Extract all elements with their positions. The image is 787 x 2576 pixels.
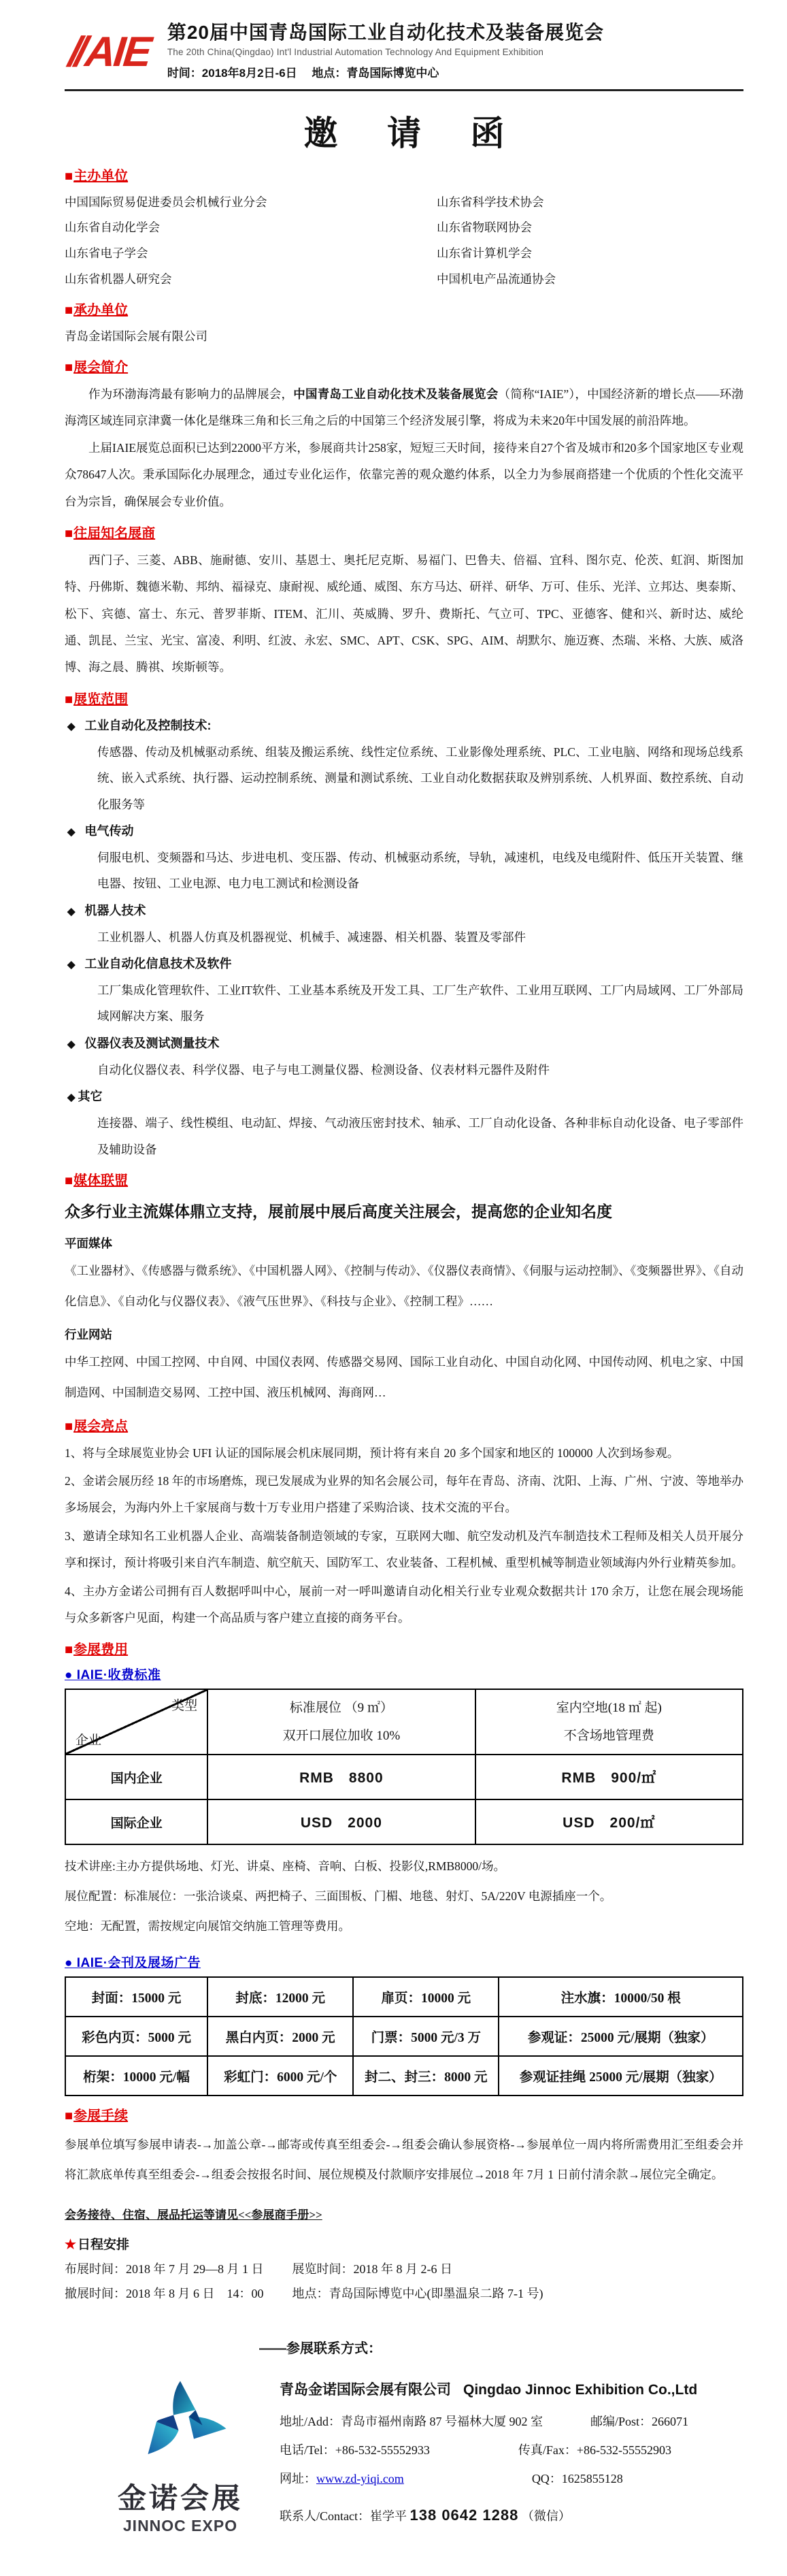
organizer-item: 山东省科学技术协会 — [437, 190, 743, 216]
scope-item: ◆工业自动化信息技术及软件 工厂集成化管理软件、工业IT软件、工业基本系统及开发… — [65, 951, 743, 1030]
organizer-item: 山东省机器人研究会 — [65, 267, 404, 293]
ad-cell: 黑白内页：2000 元 — [207, 2017, 353, 2056]
organizer-item: 山东省电子学会 — [65, 241, 404, 267]
aie-logo-text: AIE — [83, 29, 152, 76]
fee-col-standard-booth: 标准展位 （9 ㎡） 双开口展位加收 10% — [207, 1689, 475, 1755]
scope-item-desc: 自动化仪器仪表、科学仪器、电子与电工测量仪器、检测设备、仪表材料元器件及附件 — [97, 1057, 743, 1083]
section-heading-procedure: ■参展手续 — [65, 2104, 743, 2124]
ad-cell: 注水旗：10000/50 根 — [499, 1977, 743, 2017]
jinnoc-pinwheel-icon — [129, 2376, 231, 2471]
exhibitor-manual-note: 会务接待、住宿、展品托运等请见<<参展商手册>> — [65, 2205, 743, 2222]
contact-wechat-note: （微信） — [522, 2509, 571, 2523]
fee-table-corner-cell: 类型 企业 — [65, 1689, 207, 1755]
organizer-item: 山东省自动化学会 — [65, 215, 404, 241]
company-name-en: Qingdao Jinnoc Exhibition Co.,Ltd — [463, 2382, 697, 2398]
organizer-item: 山东省物联网协会 — [437, 215, 743, 241]
organizer-item: 中国机电产品流通协会 — [437, 267, 743, 293]
section-label: 参展费用 — [73, 1642, 128, 1657]
jinnoc-logo-cn: 金诺会展 — [105, 2476, 255, 2517]
media-headline: 众多行业主流媒体鼎立支持，展前展中展后高度关注展会，提高您的企业知名度 — [65, 1199, 743, 1225]
exhibition-date-venue: 时间：2018年8月2日-6日 地点：青岛国际博览中心 — [167, 63, 743, 80]
company-name-cn: 青岛金诺国际会展有限公司 — [280, 2382, 451, 2398]
section-marker-icon: ■ — [65, 303, 73, 318]
organizer-item: 山东省计算机学会 — [437, 241, 743, 267]
ad-cell: 封面：15000 元 — [65, 1977, 207, 2017]
fee-intl-standard-price: USD 2000 — [207, 1799, 475, 1844]
scope-item-title-row: ◆工业自动化信息技术及软件 — [65, 951, 743, 977]
qq-value: QQ：1625855128 — [532, 2472, 623, 2485]
intro-p1-pre: 作为环渤海湾最有影响力的品牌展会， — [88, 387, 293, 401]
corner-label-company: 企业 — [76, 1730, 101, 1748]
media-print-label: 平面媒体 — [65, 1235, 743, 1252]
fee-col-standard-line2: 双开口展位加收 10% — [208, 1722, 474, 1750]
header-text-block: 第20届中国青岛国际工业自动化技术及装备展览会 The 20th China(Q… — [167, 18, 743, 80]
intro-p1-bold: 中国青岛工业自动化技术及装备展览会 — [293, 387, 498, 401]
teardown-time: 撤展时间：2018 年 8 月 6 日 14：00 — [65, 2287, 264, 2300]
website-link[interactable]: www.zd-yiqi.com — [316, 2472, 404, 2485]
schedule-heading: ★日程安排 — [65, 2234, 743, 2253]
exhibition-time: 展览时间：2018 年 8 月 2-6 日 — [292, 2262, 453, 2276]
scope-item-title: 工业自动化及控制技术: — [85, 719, 212, 732]
fee-domestic-standard-price: RMB 8800 — [207, 1755, 475, 1799]
fee-col-indoor-space: 室内空地(18 ㎡ 起) 不含场地管理费 — [475, 1689, 743, 1755]
organizer-column-right: 山东省科学技术协会 山东省物联网协会 山东省计算机学会 中国机电产品流通协会 — [404, 190, 743, 293]
intro-paragraph-2: 上届IAIE展览总面积已达到22000平方米，参展商共计258家，短短三天时间，… — [65, 435, 743, 515]
section-marker-icon: ■ — [65, 1419, 73, 1434]
scope-item: ◆工业自动化及控制技术: 传感器、传动及机械驱动系统、组装及搬运系统、线性定位系… — [65, 713, 743, 817]
ad-cell: 参观证挂绳 25000 元/展期（独家） — [499, 2056, 743, 2096]
organizer-column-left: 中国国际贸易促进委员会机械行业分会 山东省自动化学会 山东省电子学会 山东省机器… — [65, 190, 404, 293]
contact-person-row: 联系人/Contact：崔学平 138 0642 1288 （微信） — [280, 2498, 743, 2533]
section-label: 主办单位 — [73, 169, 128, 184]
section-marker-icon: ■ — [65, 360, 73, 375]
fee-col-space-line2: 不含场地管理费 — [476, 1722, 742, 1750]
section-marker-icon: ■ — [65, 169, 73, 184]
scope-item: ◆仪器仪表及测试测量技术 自动化仪器仪表、科学仪器、电子与电工测量仪器、检测设备… — [65, 1031, 743, 1083]
fax-value: 传真/Fax：+86-532-55552903 — [518, 2443, 671, 2457]
section-marker-icon: ■ — [65, 1642, 73, 1657]
fee-intl-space-price: USD 200/㎡ — [475, 1799, 743, 1844]
section-label: 承办单位 — [73, 303, 128, 318]
section-label: 展览范围 — [73, 692, 128, 707]
ad-table-row: 彩色内页：5000 元 黑白内页：2000 元 门票：5000 元/3 万 参观… — [65, 2017, 743, 2056]
ad-cell: 门票：5000 元/3 万 — [353, 2017, 499, 2056]
highlight-item: 1、将与全球展览业协会 UFI 认证的国际展会机床展同期，预计将有来自 20 多… — [65, 1440, 743, 1467]
section-heading-intro: ■展会简介 — [65, 356, 743, 376]
diamond-bullet-icon: ◆ — [67, 1039, 76, 1050]
contact-person-name: 崔学平 — [370, 2509, 407, 2523]
fee-table-header-row: 类型 企业 标准展位 （9 ㎡） 双开口展位加收 10% 室内空地(18 ㎡ 起… — [65, 1689, 743, 1755]
fee-note-lecture: 技术讲座:主办方提供场地、灯光、讲桌、座椅、音响、白板、投影仪,RMB8000/… — [65, 1852, 743, 1882]
contact-phone-row: 电话/Tel：+86-532-55552933传真/Fax：+86-532-55… — [280, 2436, 743, 2464]
ad-table-row: 桁架：10000 元/幅 彩虹门：6000 元/个 封二、封三：8000 元 参… — [65, 2056, 743, 2096]
contact-details: 青岛金诺国际会展有限公司Qingdao Jinnoc Exhibition Co… — [280, 2376, 743, 2535]
schedule-line-2: 撤展时间：2018 年 8 月 6 日 14：00地点：青岛国际博览中心(即墨温… — [65, 2281, 743, 2306]
scope-item-title-row: ◆电气传动 — [65, 819, 743, 845]
scope-item-title: 机器人技术 — [85, 904, 146, 917]
media-web-label: 行业网站 — [65, 1326, 743, 1343]
document-header: //AIE 第20届中国青岛国际工业自动化技术及装备展览会 The 20th C… — [65, 18, 743, 91]
website-label: 网址： — [280, 2472, 316, 2485]
scope-item-desc: 工厂集成化管理软件、工业IT软件、工业基本系统及开发工具、工厂生产软件、工业用互… — [97, 977, 743, 1030]
fee-note-booth-config: 展位配置：标准展位：一张洽谈桌、两把椅子、三面围板、门楣、地毯、射灯、5A/22… — [65, 1882, 743, 1912]
scope-item: ◆机器人技术 工业机器人、机器人仿真及机器视觉、机械手、减速器、相关机器、装置及… — [65, 898, 743, 950]
section-heading-highlights: ■展会亮点 — [65, 1415, 743, 1435]
scope-item: ◆电气传动 伺服电机、变频器和马达、步进电机、变压器、传动、机械驱动系统，导轨，… — [65, 819, 743, 897]
section-marker-icon: ■ — [65, 692, 73, 707]
diamond-bullet-icon: ◆ — [67, 959, 76, 971]
schedule-line-1: 布展时间：2018 年 7 月 29—8 月 1 日展览时间：2018 年 8 … — [65, 2257, 743, 2281]
section-heading-scope: ■展览范围 — [65, 688, 743, 708]
fees-standard-subheading: ● IAIE·收费标准 — [65, 1665, 743, 1683]
section-heading-exhibitors: ■往届知名展商 — [65, 522, 743, 542]
fee-table-row-domestic: 国内企业 RMB 8800 RMB 900/㎡ — [65, 1755, 743, 1799]
highlight-item: 2、金诺会展历经 18 年的市场磨炼，现已发展成为业界的知名会展公司，每年在青岛… — [65, 1468, 743, 1522]
ad-cell: 扉页：10000 元 — [353, 1977, 499, 2017]
media-web-list: 中华工控网、中国工控网、中自网、中国仪表网、传感器交易网、国际工业自动化、中国自… — [65, 1347, 743, 1407]
contact-block: 金诺会展 JINNOC EXPO 青岛金诺国际会展有限公司Qingdao Jin… — [105, 2376, 743, 2535]
setup-time: 布展时间：2018 年 7 月 29—8 月 1 日 — [65, 2262, 264, 2276]
fee-col-space-line1: 室内空地(18 ㎡ 起) — [476, 1694, 742, 1723]
exhibition-title-cn: 第20届中国青岛国际工业自动化技术及装备展览会 — [167, 18, 743, 45]
scope-item-title: 工业自动化信息技术及软件 — [85, 957, 232, 971]
contact-address-row: 地址/Add：青岛市福州南路 87 号福林大厦 902 室邮编/Post：266… — [280, 2407, 743, 2436]
exhibitors-list: 西门子、三菱、ABB、施耐德、安川、基恩士、奥托尼克斯、易福门、巴鲁夫、倍福、宜… — [65, 547, 743, 681]
diamond-bullet-icon: ◆ — [67, 721, 76, 732]
invitation-title: 邀 请 函 — [85, 106, 743, 155]
scope-item-title: 仪器仪表及测试测量技术 — [85, 1037, 220, 1050]
scope-item-title-row: ◆工业自动化及控制技术: — [65, 713, 743, 739]
scope-item-title-row: ◆机器人技术 — [65, 898, 743, 924]
postcode-value: 邮编/Post：266071 — [590, 2415, 688, 2428]
highlight-item: 3、邀请全球知名工业机器人企业、高端装备制造领域的专家，互联网大咖、航空发动机及… — [65, 1523, 743, 1577]
scope-item-desc: 工业机器人、机器人仿真及机器视觉、机械手、减速器、相关机器、装置及零部件 — [97, 924, 743, 951]
scope-item-title-row: ◆仪器仪表及测试测量技术 — [65, 1031, 743, 1057]
aie-logo-slashes: // — [66, 29, 84, 76]
contact-person-phone: 138 0642 1288 — [410, 2507, 519, 2524]
ad-cell: 桁架：10000 元/幅 — [65, 2056, 207, 2096]
ad-cell: 彩虹门：6000 元/个 — [207, 2056, 353, 2096]
ad-price-table: 封面：15000 元 封底：12000 元 扉页：10000 元 注水旗：100… — [65, 1976, 743, 2096]
ad-cell: 封二、封三：8000 元 — [353, 2056, 499, 2096]
address-value: 地址/Add：青岛市福州南路 87 号福林大厦 902 室 — [280, 2415, 543, 2428]
section-label: 媒体联盟 — [73, 1173, 128, 1188]
diamond-bullet-icon: ◆ — [67, 1092, 76, 1103]
scope-item-title: 其它 — [78, 1090, 103, 1103]
fee-domestic-space-price: RMB 900/㎡ — [475, 1755, 743, 1799]
company-name-row: 青岛金诺国际会展有限公司Qingdao Jinnoc Exhibition Co… — [280, 2379, 743, 2399]
contact-headline: ——参展联系方式： — [259, 2337, 743, 2357]
fee-row-type: 国际企业 — [65, 1799, 207, 1844]
scope-item-desc: 传感器、传动及机械驱动系统、组装及搬运系统、线性定位系统、工业影像处理系统、PL… — [97, 739, 743, 818]
invitation-document: //AIE 第20届中国青岛国际工业自动化技术及装备展览会 The 20th C… — [0, 0, 787, 2576]
scope-item-desc: 连接器、端子、线性模组、电动缸、焊接、气动液压密封技术、轴承、工厂自动化设备、各… — [97, 1110, 743, 1162]
ad-cell: 彩色内页：5000 元 — [65, 2017, 207, 2056]
fee-note-raw-space: 空地：无配置，需按规定向展馆交纳施工管理等费用。 — [65, 1912, 743, 1942]
star-icon: ★ — [65, 2238, 76, 2252]
procedure-text: 参展单位填写参展申请表-→加盖公章-→邮寄或传真至组委会-→组委会确认参展资格-… — [65, 2130, 743, 2190]
scope-item: ◆其它 连接器、端子、线性模组、电动缸、焊接、气动液压密封技术、轴承、工厂自动化… — [65, 1084, 743, 1162]
section-label: 参展手续 — [73, 2108, 128, 2123]
scope-item-title-row: ◆其它 — [65, 1084, 743, 1110]
ad-cell: 参观证：25000 元/展期（独家） — [499, 2017, 743, 2056]
jinnoc-logo-en: JINNOC EXPO — [105, 2517, 255, 2535]
undertaker-name: 青岛金诺国际会展有限公司 — [65, 324, 743, 349]
section-label: 往届知名展商 — [73, 526, 155, 541]
fee-table-row-international: 国际企业 USD 2000 USD 200/㎡ — [65, 1799, 743, 1844]
corner-label-type: 类型 — [171, 1695, 197, 1714]
section-heading-organizers: ■主办单位 — [65, 165, 743, 184]
scope-item-title: 电气传动 — [85, 824, 134, 838]
contact-person-label: 联系人/Contact： — [280, 2509, 370, 2523]
aie-logo: //AIE — [61, 23, 152, 82]
section-heading-undertaker: ■承办单位 — [65, 299, 743, 319]
section-marker-icon: ■ — [65, 2108, 73, 2123]
organizer-item: 中国国际贸易促进委员会机械行业分会 — [65, 190, 404, 216]
diamond-bullet-icon: ◆ — [67, 906, 76, 917]
fee-row-type: 国内企业 — [65, 1755, 207, 1799]
diamond-bullet-icon: ◆ — [67, 826, 76, 838]
section-marker-icon: ■ — [65, 1173, 73, 1188]
fee-col-standard-line1: 标准展位 （9 ㎡） — [208, 1694, 474, 1723]
media-print-list: 《工业器材》、《传感器与微系统》、《中国机器人网》、《控制与传动》、《仪器仪表商… — [65, 1256, 743, 1316]
organizer-columns: 中国国际贸易促进委员会机械行业分会 山东省自动化学会 山东省电子学会 山东省机器… — [65, 190, 743, 293]
section-label: 展会简介 — [73, 360, 128, 375]
section-label: 展会亮点 — [73, 1419, 128, 1434]
tel-value: 电话/Tel：+86-532-55552933 — [280, 2443, 430, 2457]
section-marker-icon: ■ — [65, 526, 73, 541]
fees-ad-subheading: ● IAIE·会刊及展场广告 — [65, 1953, 743, 1971]
highlight-item: 4、主办方金诺公司拥有百人数据呼叫中心，展前一对一呼叫邀请自动化相关行业专业观众… — [65, 1578, 743, 1632]
exhibition-title-en: The 20th China(Qingdao) Int'l Industrial… — [167, 47, 743, 57]
ad-table-row: 封面：15000 元 封底：12000 元 扉页：10000 元 注水旗：100… — [65, 1977, 743, 2017]
intro-paragraph-1: 作为环渤海湾最有影响力的品牌展会，中国青岛工业自动化技术及装备展览会（简称“IA… — [65, 381, 743, 435]
section-heading-media: ■媒体联盟 — [65, 1169, 743, 1189]
jinnoc-logo: 金诺会展 JINNOC EXPO — [105, 2376, 255, 2535]
fee-table: 类型 企业 标准展位 （9 ㎡） 双开口展位加收 10% 室内空地(18 ㎡ 起… — [65, 1689, 743, 1845]
venue-address: 地点：青岛国际博览中心(即墨温泉二路 7-1 号) — [292, 2287, 543, 2300]
contact-web-row: 网址：www.zd-yiqi.comQQ：1625855128 — [280, 2464, 743, 2493]
schedule-label: 日程安排 — [78, 2238, 129, 2252]
section-heading-fees: ■参展费用 — [65, 1638, 743, 1658]
ad-cell: 封底：12000 元 — [207, 1977, 353, 2017]
scope-item-desc: 伺服电机、变频器和马达、步进电机、变压器、传动、机械驱动系统，导轨，减速机，电线… — [97, 845, 743, 897]
